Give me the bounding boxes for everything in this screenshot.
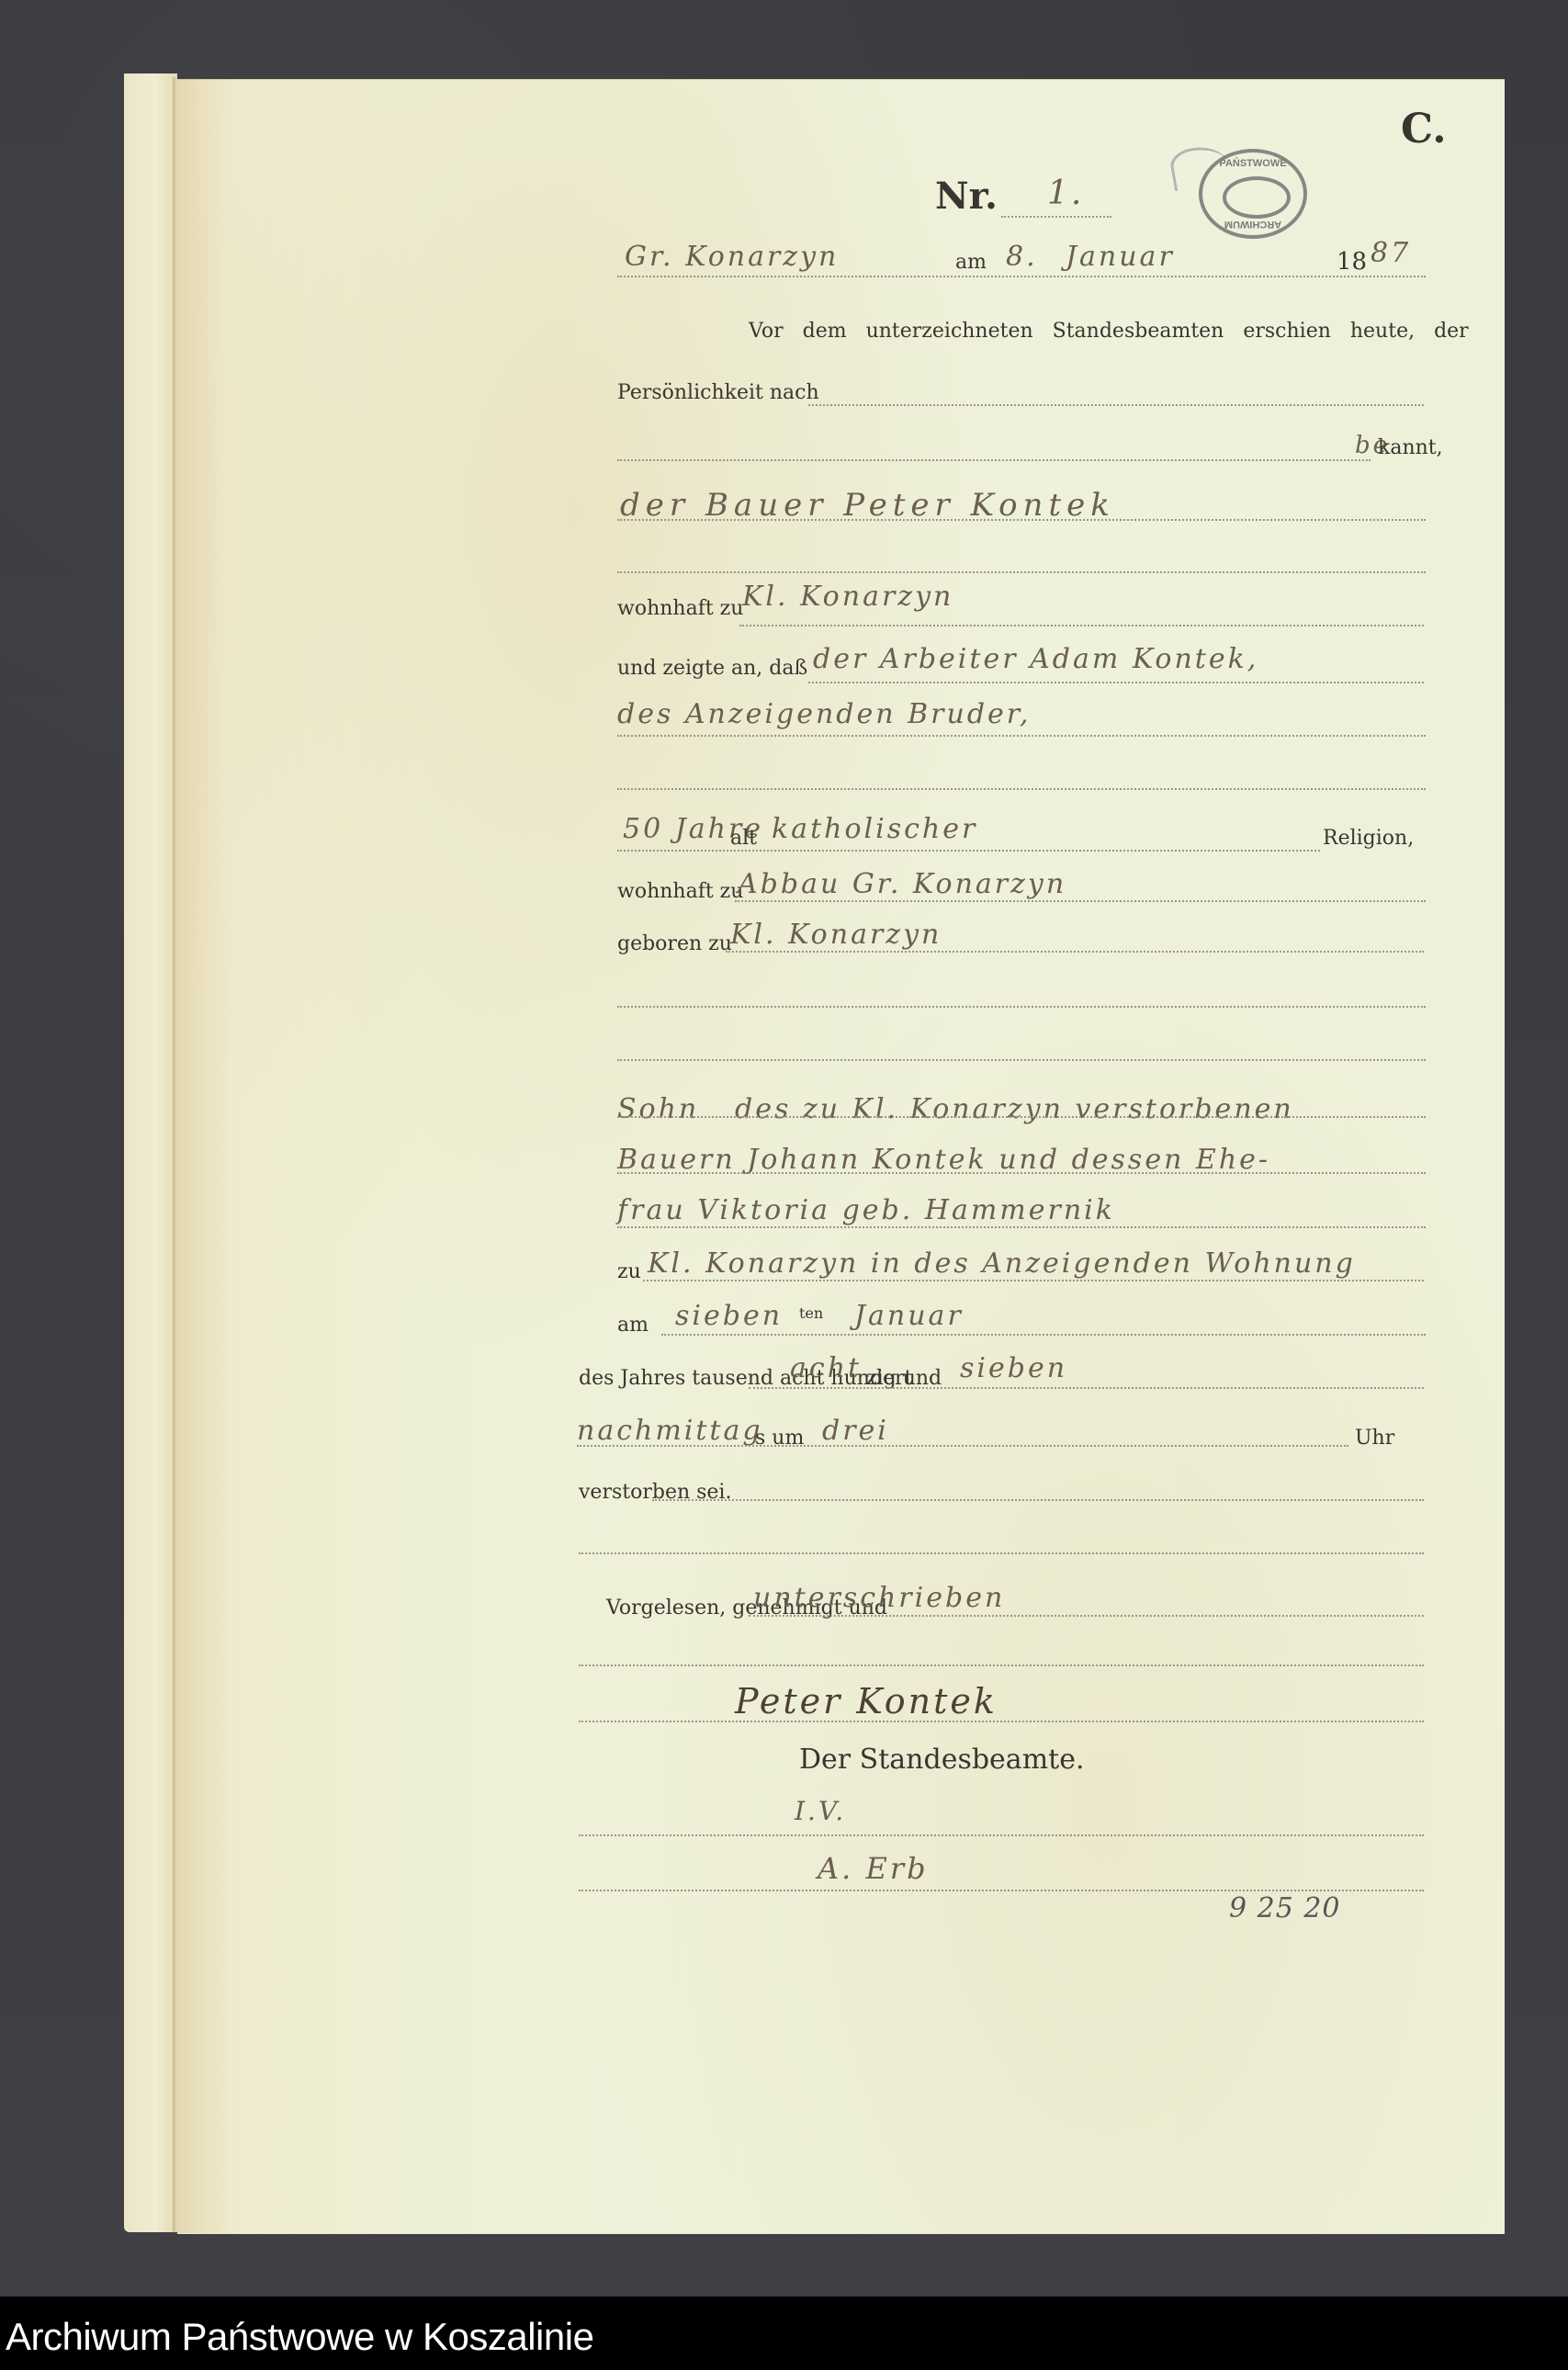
number-label: Nr. <box>935 175 998 218</box>
birthplace-dotline <box>726 951 1424 953</box>
stamp-text-bottom: ARCHIWUM <box>1202 219 1303 230</box>
am-label: am <box>955 251 987 274</box>
empty-dotline-1 <box>617 571 1426 573</box>
time-dotline <box>577 1445 1348 1447</box>
empty-dotline-3 <box>617 1006 1426 1008</box>
announced-label: und zeigte an, daß <box>617 657 807 680</box>
empty-dotline-2 <box>617 788 1426 790</box>
place-handwritten: Gr. Konarzyn <box>625 241 839 273</box>
intro-text: Vor dem unterzeichneten Standesbeamten e… <box>749 320 1469 343</box>
time-of-day: nachmittag <box>577 1415 763 1447</box>
death-place: Kl. Konarzyn in des Anzeigenden Wohnung <box>648 1247 1356 1280</box>
form-letter: C. <box>1401 106 1447 152</box>
empty-dotline-4 <box>617 1059 1426 1061</box>
stamp-text-top: PAŃSTWOWE <box>1202 158 1303 169</box>
signature-dotline <box>579 1721 1424 1722</box>
identity-dotline-1 <box>808 404 1424 406</box>
binding-fold <box>173 77 177 2232</box>
death-day: sieben <box>675 1300 783 1332</box>
official-title: Der Standesbeamte. <box>799 1744 1085 1776</box>
religion-label: Religion, <box>1323 827 1414 850</box>
died-dotline <box>652 1499 1424 1501</box>
empty-dotline-5 <box>579 1552 1424 1554</box>
death-month: Januar <box>854 1300 964 1332</box>
read-value: unterschrieben <box>753 1582 1005 1614</box>
date-dotline <box>617 276 1426 277</box>
deceased-dotline-1 <box>808 682 1424 683</box>
death-day-suffix: ten <box>799 1304 823 1322</box>
pencil-note: 9 25 20 <box>1229 1892 1341 1924</box>
informant-residence: Kl. Konarzyn <box>742 581 953 613</box>
parents-dotline-2 <box>617 1172 1426 1174</box>
official-dotline-2 <box>579 1890 1424 1891</box>
time-suffix: Uhr <box>1355 1427 1394 1450</box>
religion-value: katholischer <box>772 813 977 845</box>
archive-caption: Archiwum Państwowe w Koszalinie <box>6 2315 593 2359</box>
parents-line-2: Bauern Johann Kontek und dessen Ehe- <box>617 1144 1270 1176</box>
stamp-inner-oval <box>1223 176 1291 219</box>
death-day-dotline <box>661 1334 1426 1336</box>
year-prefix: 18 <box>1337 248 1367 276</box>
death-day-label: am <box>617 1314 649 1337</box>
official-signature: A. Erb <box>818 1851 929 1886</box>
parents-line-1a: Sohn <box>617 1093 699 1125</box>
death-place-label: zu <box>617 1260 641 1283</box>
deceased-line-1: der Arbeiter Adam Kontek, <box>813 643 1258 675</box>
informant-residence-label: wohnhaft zu <box>617 597 743 620</box>
empty-dotline-6 <box>579 1665 1424 1666</box>
deceased-dotline-2 <box>617 735 1426 737</box>
parents-dotline-3 <box>617 1226 1426 1228</box>
binding-strip <box>124 73 177 2232</box>
official-dotline-1 <box>579 1834 1424 1836</box>
deceased-line-2: des Anzeigenden Bruder, <box>617 698 1031 730</box>
identity-suffix-print: kannt, <box>1378 436 1443 459</box>
age-label: alt <box>730 827 757 850</box>
birthplace-label: geboren zu <box>617 932 732 955</box>
informant-signature: Peter Kontek <box>735 1681 998 1721</box>
time-hour: drei <box>822 1415 889 1447</box>
year-suffix: 87 <box>1371 237 1411 269</box>
year-dotline <box>749 1387 1424 1389</box>
age-dotline <box>617 850 1320 852</box>
year-units: sieben <box>960 1352 1067 1384</box>
read-dotline <box>749 1615 1424 1617</box>
informant-name: der Bauer Peter Kontek <box>620 487 1115 524</box>
date-month: Januar <box>1066 241 1175 273</box>
informant-residence-dotline <box>739 625 1424 626</box>
number-value: 1. <box>1047 175 1084 212</box>
identity-dotline-2 <box>617 459 1371 461</box>
death-place-dotline <box>643 1280 1424 1281</box>
identity-label: Persönlichkeit nach <box>617 381 819 404</box>
archive-stamp: PAŃSTWOWE ARCHIWUM <box>1199 149 1307 239</box>
parents-dotline-1 <box>617 1116 1426 1118</box>
page-fold-shadow <box>177 79 232 2233</box>
informant-dotline <box>617 519 1426 521</box>
date-day: 8. <box>1006 241 1038 273</box>
parents-line-3: frau Viktoria geb. Hammernik <box>617 1194 1115 1226</box>
deceased-residence: Abbau Gr. Konarzyn <box>738 868 1066 900</box>
parents-line-1b: des zu Kl. Konarzyn verstorbenen <box>735 1093 1294 1125</box>
year-tens: acht <box>790 1352 862 1384</box>
official-iv: I.V. <box>795 1796 846 1826</box>
number-dotline <box>1001 216 1111 218</box>
deceased-residence-dotline <box>735 900 1426 902</box>
birthplace: Kl. Konarzyn <box>730 919 942 951</box>
deceased-residence-label: wohnhaft zu <box>617 880 743 903</box>
